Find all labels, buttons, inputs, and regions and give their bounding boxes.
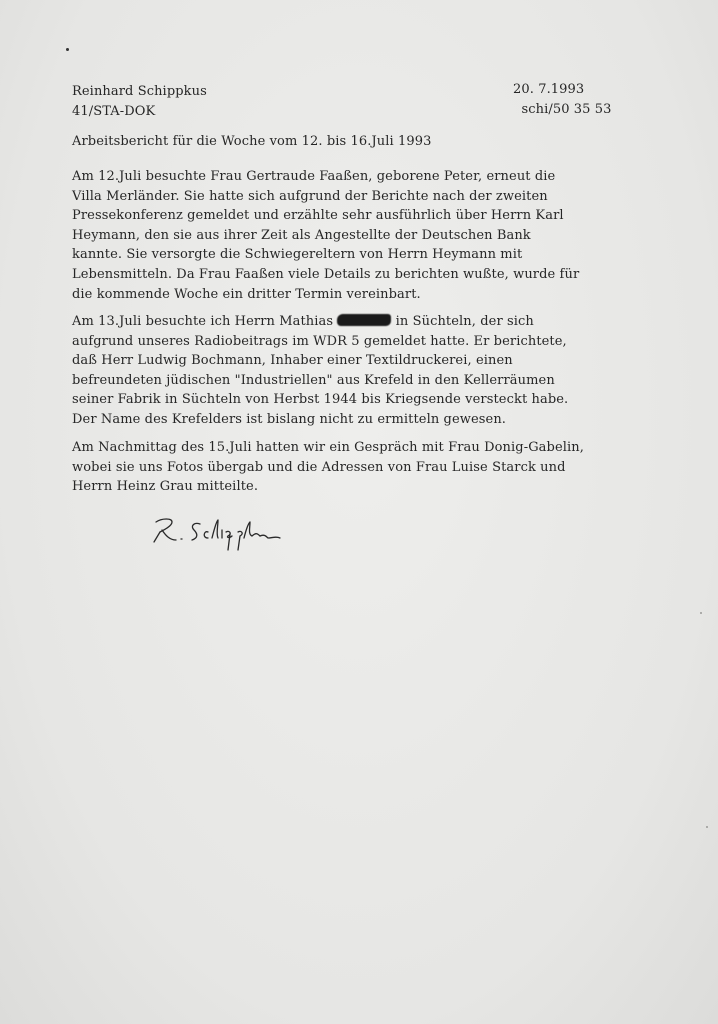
text-line: Am Nachmittag des 15.Juli hatten wir ein… [72,440,584,455]
document-date: 20. 7.1993 [513,82,584,97]
text-line: Pressekonferenz gemeldet und erzählte se… [72,208,564,223]
date-block: 20. 7.1993 schi/50 35 53 [513,80,612,119]
text-line: kannte. Sie versorgte die Schwiegerelter… [72,247,522,262]
signature-icon [148,508,298,556]
document-page: Reinhard Schippkus 41/STA-DOK 20. 7.1993… [0,0,718,1024]
sender-block: Reinhard Schippkus 41/STA-DOK [72,82,207,121]
paper-speck [700,612,702,614]
text-line: Villa Merländer. Sie hatte sich aufgrund… [72,189,548,204]
text-line: aufgrund unseres Radiobeitrags im WDR 5 … [72,334,567,349]
text-line: Der Name des Krefelders ist bislang nich… [72,412,506,427]
text-line: seiner Fabrik in Süchteln von Herbst 194… [72,392,568,407]
paragraph-2: Am 13.Juli besuchte ich Herrn Mathias in… [72,312,568,430]
paper-speck [706,826,708,828]
paragraph-1: Am 12.Juli besuchte Frau Gertraude Faaße… [72,167,579,304]
sender-name: Reinhard Schippkus [72,84,207,99]
handwritten-signature [148,508,298,560]
paper-speck [66,48,69,51]
text-line: Lebensmitteln. Da Frau Faaßen viele Deta… [72,267,579,282]
text-line: befreundeten jüdischen "Industriellen" a… [72,373,555,388]
reference-number: schi/50 35 53 [521,102,611,117]
redaction-mark [337,314,391,326]
sender-department: 41/STA-DOK [72,104,155,119]
text-line: die kommende Woche ein dritter Termin ve… [72,287,421,302]
paragraph-2-body: aufgrund unseres Radiobeitrags im WDR 5 … [72,334,568,427]
text-line: daß Herr Ludwig Bochmann, Inhaber einer … [72,353,513,368]
report-title: Arbeitsbericht für die Woche vom 12. bis… [72,132,432,152]
text-line: Am 12.Juli besuchte Frau Gertraude Faaße… [72,169,555,184]
paragraph-2-line-1: Am 13.Juli besuchte ich Herrn Mathias in… [72,314,534,329]
text-line: Heymann, den sie aus ihrer Zeit als Ange… [72,228,531,243]
paragraph-3: Am Nachmittag des 15.Juli hatten wir ein… [72,438,584,497]
text-line: Herrn Heinz Grau mitteilte. [72,479,258,494]
text-line: wobei sie uns Fotos übergab und die Adre… [72,460,566,475]
